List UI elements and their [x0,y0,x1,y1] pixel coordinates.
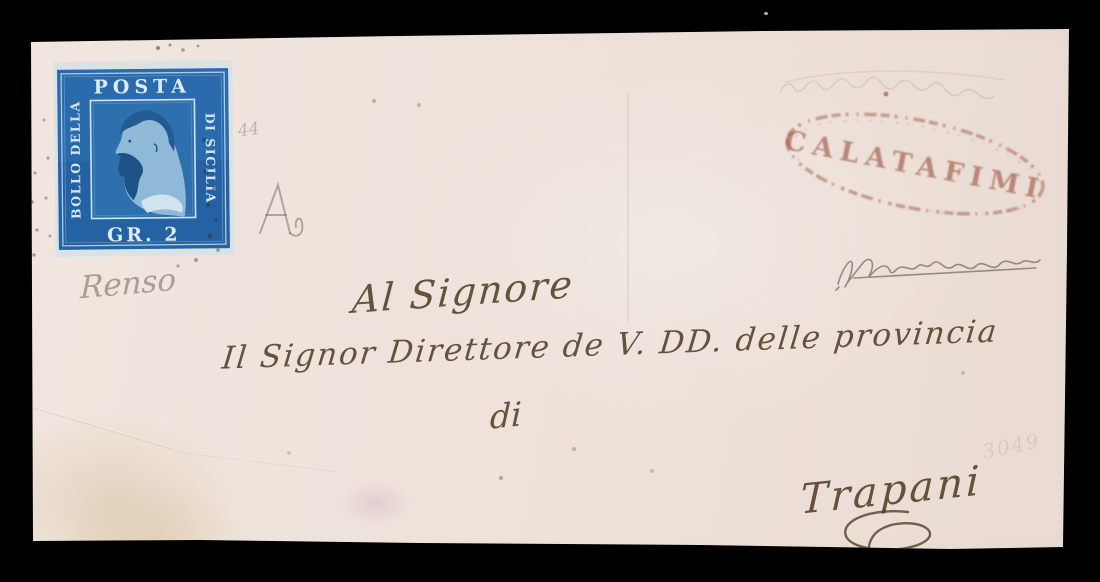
foxing-specks [0,0,2,2]
address-line-3: di [489,394,522,437]
dust-speck [764,12,768,15]
photo-stage: POSTA GR. 2 BOLLO DELLA DI SICILIA [0,0,1100,582]
fold-line [627,92,629,322]
expert-signature [830,238,1060,300]
faint-pencil-note [775,52,1030,112]
pencil-monogram [252,175,314,247]
postmark-text: CALATAFIMI [782,125,1048,206]
oval-town-postmark: CALATAFIMI [765,92,1065,237]
purple-smudge [338,480,412,526]
postal-cover: POSTA GR. 2 BOLLO DELLA DI SICILIA [0,0,1100,582]
cancellation-smudges [8,40,260,272]
pencil-number-annotation: 44 [237,119,261,142]
